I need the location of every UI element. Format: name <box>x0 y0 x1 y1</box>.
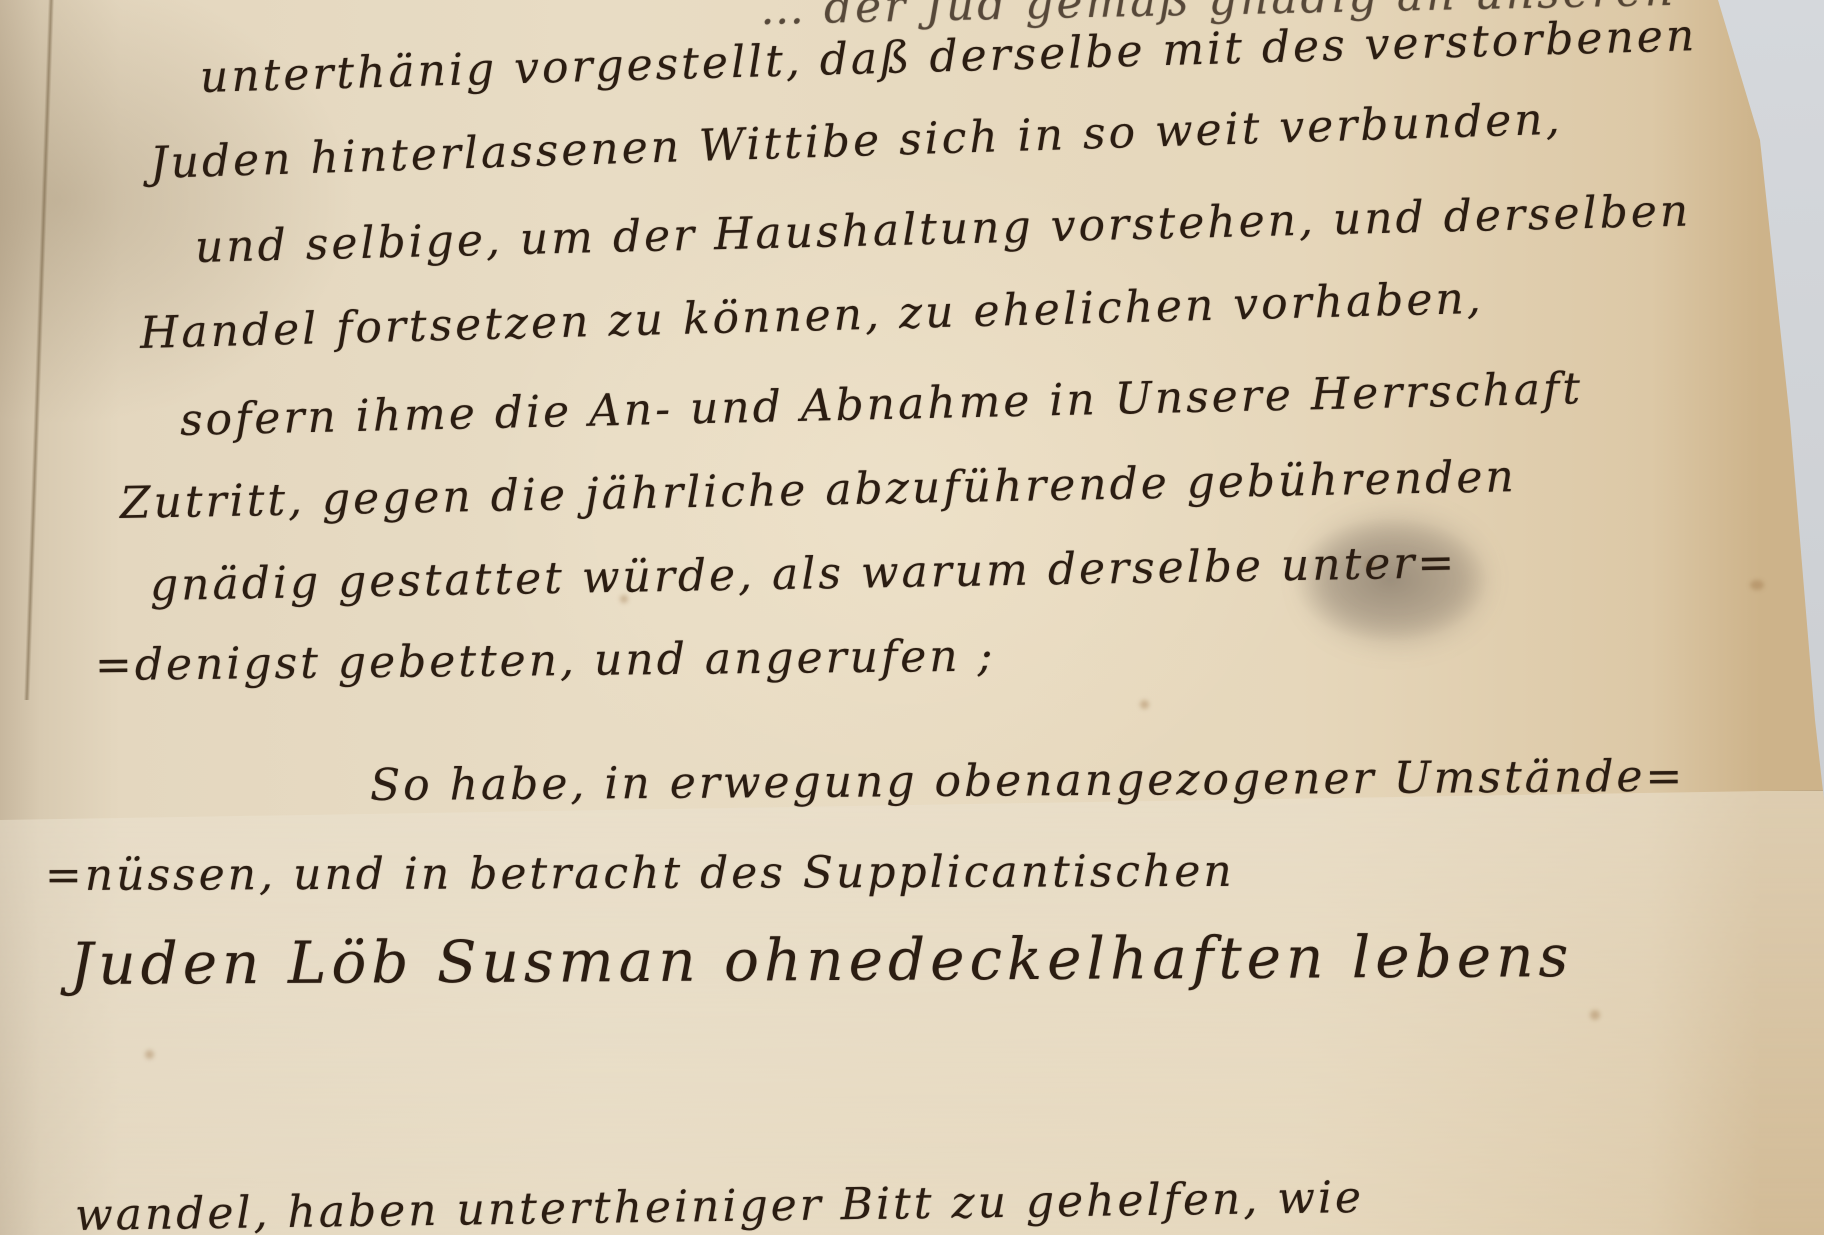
text-line: und selbige, um der Haushaltung vorstehe… <box>194 185 1691 273</box>
text-line: So habe, in erwegung obenangezogener Ums… <box>370 751 1686 811</box>
text-line: =nüssen, und in betracht des Supplicanti… <box>45 846 1235 901</box>
text-line: Handel fortsetzen zu können, zu eheliche… <box>139 273 1484 359</box>
text-line: Juden hinterlassenen Wittibe sich in so … <box>149 94 1563 189</box>
text-line: sofern ihme die An- und Abnahme in Unser… <box>179 363 1583 446</box>
text-line-with-name: Juden Löb Susman ohnedeckelhaften lebens <box>70 922 1574 998</box>
photo-scene: … der Jud gemäß gnädig an unseren untert… <box>0 0 1824 1235</box>
handwritten-text: … der Jud gemäß gnädig an unseren untert… <box>0 0 1824 1235</box>
manuscript-page: … der Jud gemäß gnädig an unseren untert… <box>0 0 1824 1235</box>
text-line: gnädig gestattet würde, als warum dersel… <box>150 537 1458 611</box>
text-line: =denigst gebetten, und angerufen ; <box>95 631 996 691</box>
text-line: Zutritt, gegen die jährliche abzuführend… <box>120 451 1518 529</box>
text-line: wandel, haben untertheiniger Bitt zu geh… <box>75 1172 1365 1235</box>
